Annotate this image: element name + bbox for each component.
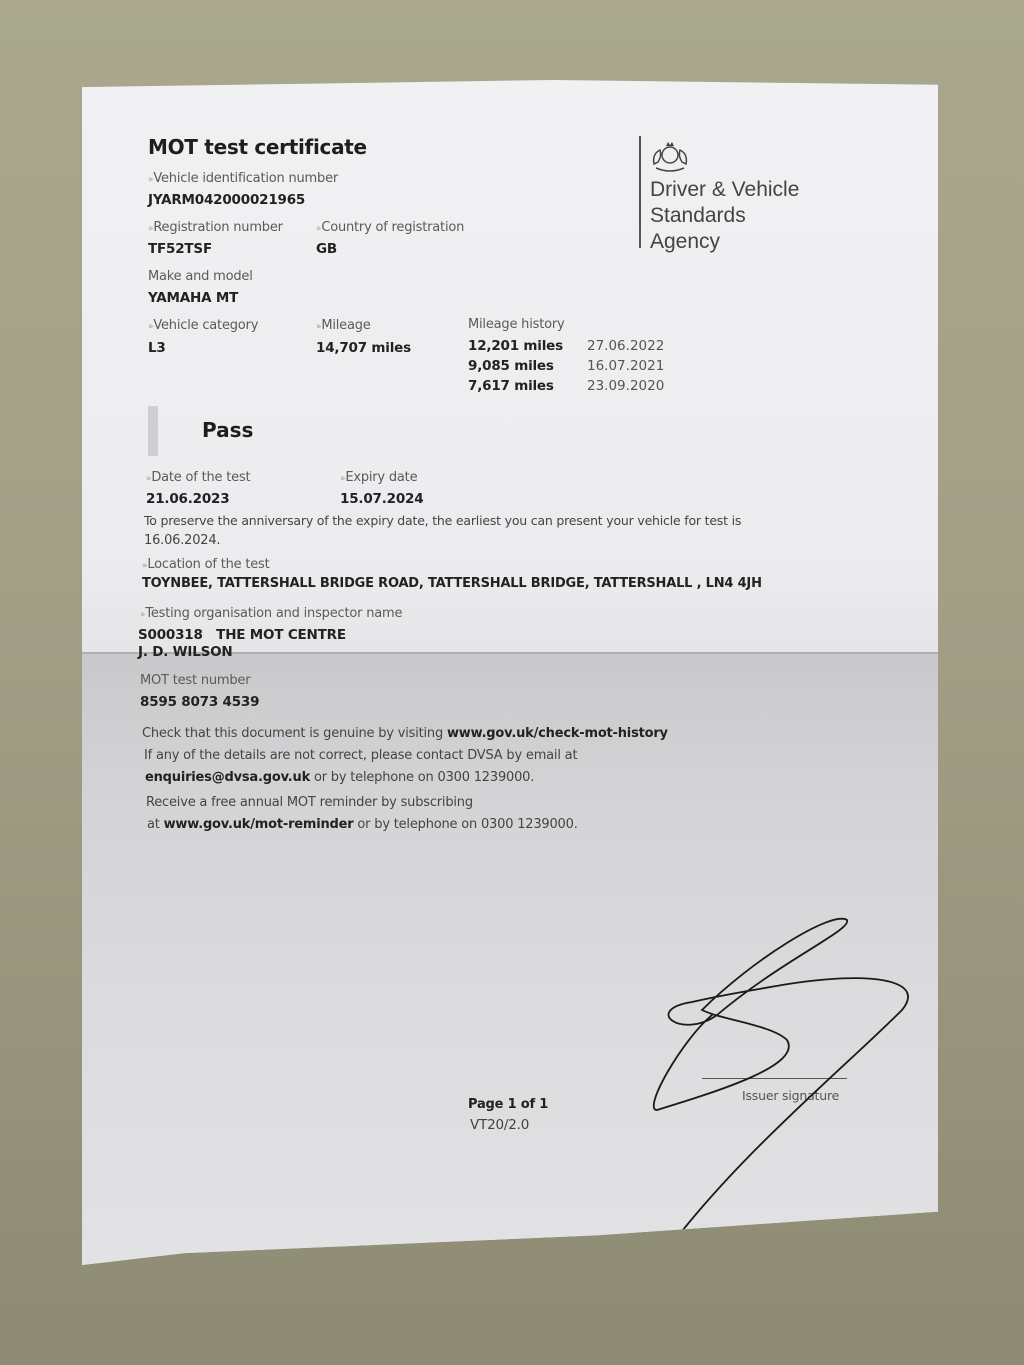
mileage-value: 14,707 miles: [316, 340, 411, 356]
result-bar: [148, 406, 158, 456]
history-miles-3: 7,617 miles: [468, 378, 554, 394]
mileage-label: Mileage: [316, 318, 371, 333]
test-number-label: MOT test number: [140, 673, 250, 688]
country-value: GB: [316, 241, 337, 257]
genuine-check-prefix: Check that this document is genuine by v…: [142, 726, 447, 741]
test-date-label: Date of the test: [146, 470, 250, 485]
vin-label: Vehicle identification number: [148, 171, 338, 186]
reminder-phone-text: or by telephone on 0300 1239000.: [354, 817, 578, 832]
document-title: MOT test certificate: [148, 135, 367, 159]
mot-certificate-paper: MOT test certificate Driver & Vehicle St…: [82, 80, 938, 1265]
agency-name-line2: Standards: [650, 203, 746, 229]
location-value: TOYNBEE, TATTERSHALL BRIDGE ROAD, TATTER…: [142, 576, 762, 591]
anniversary-note-line2: 16.06.2024.: [144, 533, 220, 548]
signature-line: [702, 1078, 847, 1079]
expiry-date-value: 15.07.2024: [340, 491, 423, 507]
anniversary-note-line1: To preserve the anniversary of the expir…: [144, 513, 741, 528]
category-value: L3: [148, 340, 166, 356]
location-label: Location of the test: [142, 557, 270, 572]
vin-value: JYARM042000021965: [148, 192, 305, 208]
test-result: Pass: [202, 418, 253, 442]
royal-crest-icon: [648, 138, 692, 172]
agency-name-line1: Driver & Vehicle: [650, 177, 799, 203]
make-model-value: YAMAHA MT: [148, 290, 238, 306]
agency-name-line3: Agency: [650, 229, 720, 255]
form-code: VT20/2.0: [470, 1117, 529, 1133]
inspector-name: J. D. WILSON: [138, 644, 233, 660]
issuer-signature-label: Issuer signature: [742, 1088, 839, 1103]
logo-divider: [639, 136, 641, 248]
organisation-value: S000318 THE MOT CENTRE: [138, 627, 346, 643]
history-date-2: 16.07.2021: [587, 358, 664, 374]
contact-line2: enquiries@dvsa.gov.uk or by telephone on…: [145, 770, 534, 785]
registration-label: Registration number: [148, 220, 283, 235]
country-label: Country of registration: [316, 220, 464, 235]
contact-line1: If any of the details are not correct, p…: [144, 748, 577, 763]
contact-phone-text: or by telephone on 0300 1239000.: [310, 770, 534, 785]
paper-fold-shade: [82, 653, 938, 1265]
category-label: Vehicle category: [148, 318, 258, 333]
test-date-value: 21.06.2023: [146, 491, 229, 507]
page-number: Page 1 of 1: [468, 1097, 548, 1112]
dvsa-email-link[interactable]: enquiries@dvsa.gov.uk: [145, 770, 310, 785]
mot-reminder-link[interactable]: www.gov.uk/mot-reminder: [164, 817, 354, 832]
check-mot-history-link[interactable]: www.gov.uk/check-mot-history: [447, 726, 668, 741]
expiry-date-label: Expiry date: [340, 470, 417, 485]
history-date-1: 27.06.2022: [587, 338, 664, 354]
reminder-line2: at www.gov.uk/mot-reminder or by telepho…: [147, 817, 578, 832]
test-number-value: 8595 8073 4539: [140, 694, 259, 710]
registration-value: TF52TSF: [148, 241, 212, 257]
history-date-3: 23.09.2020: [587, 378, 664, 394]
genuine-check-text: Check that this document is genuine by v…: [142, 726, 668, 741]
history-miles-2: 9,085 miles: [468, 358, 554, 374]
make-model-label: Make and model: [148, 269, 253, 284]
history-miles-1: 12,201 miles: [468, 338, 563, 354]
organisation-label: Testing organisation and inspector name: [140, 606, 402, 621]
mileage-history-label: Mileage history: [468, 317, 565, 332]
reminder-prefix: at: [147, 817, 164, 832]
reminder-line1: Receive a free annual MOT reminder by su…: [146, 795, 473, 810]
